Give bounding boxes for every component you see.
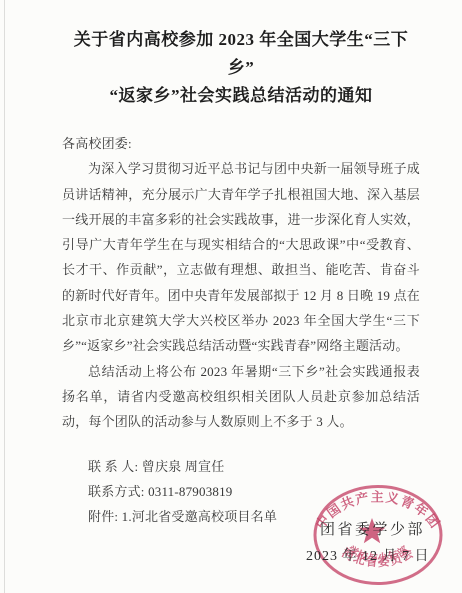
signature-date: 2023 年 12 月 7 日: [306, 545, 430, 565]
paragraph-2: 总结活动上将公布 2023 年暑期“三下乡”社会实践通报表扬名单，请省内受邀高校…: [62, 359, 420, 435]
notice-title-line2: “返家乡”社会实践总结活动的通知: [62, 82, 420, 110]
salutation: 各高校团委:: [62, 131, 420, 156]
notice-document-page: 关于省内高校参加 2023 年全国大学生“三下乡” “返家乡”社会实践总结活动的…: [0, 0, 462, 593]
contact-person-label: 联 系 人:: [88, 459, 142, 474]
paragraph-1: 为深入学习贯彻习近平总书记与团中央新一届领导班子成员讲话精神，充分展示广大青年学…: [62, 156, 420, 358]
contact-phone-label: 联系方式:: [88, 484, 148, 499]
page-edge-line: [4, 0, 5, 593]
notice-body: 关于省内高校参加 2023 年全国大学生“三下乡” “返家乡”社会实践总结活动的…: [62, 26, 420, 529]
contact-phone-number: 0311-87903819: [148, 484, 232, 499]
notice-text: 各高校团委: 为深入学习贯彻习近平总书记与团中央新一届领导班子成员讲话精神，充分…: [62, 131, 420, 529]
attachment-label: 附件:: [88, 509, 122, 524]
contact-person-names: 曾庆泉 周宣任: [142, 459, 225, 474]
attachment-text: 1.河北省受邀高校项目名单: [122, 509, 277, 524]
notice-title-line1: 关于省内高校参加 2023 年全国大学生“三下乡”: [62, 26, 420, 82]
signature-department: 团省委学少部: [320, 518, 425, 539]
notice-title: 关于省内高校参加 2023 年全国大学生“三下乡” “返家乡”社会实践总结活动的…: [62, 26, 420, 110]
contact-person-line: 联 系 人: 曾庆泉 周宣任: [88, 454, 420, 479]
